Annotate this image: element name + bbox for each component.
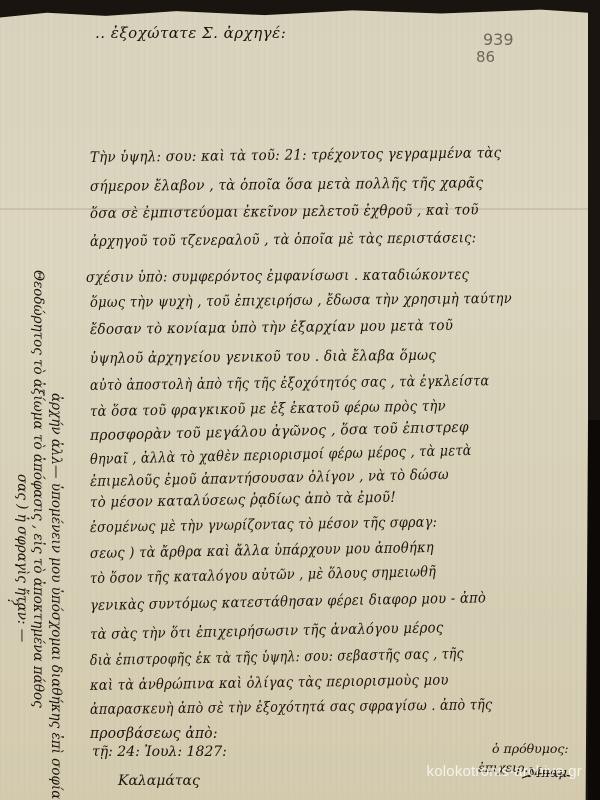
margin-note: Θεοδώρητος τὸ ἀξίωμα τὸ ἀπόφασις , εἰς τ… — [30, 270, 46, 708]
body-line: θηναῖ , ἀλλὰ τὸ χαθὲν περιορισμοί φέρω μ… — [90, 443, 472, 468]
body-line: προσβάσεως ἀπὸ: — [90, 726, 218, 742]
body-line: γενικὰς συντόμως κατεστάθησαν φέρει διαφ… — [90, 590, 486, 614]
closing-line: ὁ πρόθυμος: — [492, 741, 569, 756]
body-line: ἀπαρασκευὴ ἀπὸ σὲ τὴν ἐξοχότητά σας σφρα… — [90, 697, 493, 718]
body-line: ὅμως τὴν ψυχὴ , τοῦ ἐπιχειρήσω , ἔδωσα τ… — [90, 291, 512, 311]
margin-note: ἀρχήν ἀλλ— ὑπομένειν μου ὑπόσχομαι διαθή… — [48, 393, 64, 800]
body-line: ἀρχηγοῦ τοῦ τζενεραλοῦ , τὰ ὁποῖα μὲ τὰς… — [90, 230, 476, 250]
date-line: τῇ: 24: Ἰουλ: 1827: — [92, 744, 227, 760]
body-line: ὑψηλοῦ ἀρχηγείου γενικοῦ του . διὰ ἔλαβα… — [90, 348, 436, 367]
body-line: σεως ) τὰ ἄρθρα καὶ ἄλλα ὑπάρχουν μου ἀπ… — [90, 540, 434, 562]
body-line: ἔδοσαν τὸ κονίαμα ὑπὸ τὴν ἐξαρχίαν μου μ… — [90, 318, 453, 338]
salutation-header: .. ἐξοχώτατε Σ. ἀρχηγέ: — [95, 24, 286, 42]
scan-edge-shadow — [588, 420, 600, 800]
body-line: τὰ ὅσα τοῦ φραγκικοῦ με ἐξ ἑκατοῦ φέρω π… — [90, 399, 446, 420]
body-line: τὸ ὅσον τῆς καταλόγου αὐτῶν , μὲ ὅλους σ… — [90, 564, 436, 587]
margin-note: σας ) ἡ σφραγὶς ἤταν: — — [14, 474, 30, 642]
body-line: σήμερον ἔλαβον , τὰ ὁποῖα ὅσα μετὰ πολλῆ… — [90, 175, 483, 195]
place-line: Καλαμάτας — [118, 773, 200, 789]
body-line: αὐτὸ ἀποστολὴ ἀπὸ τῆς τῆς ἐξοχότητός σας… — [90, 373, 489, 394]
archive-watermark: kolokotronis-archive.gr — [427, 763, 583, 780]
body-line: καὶ τὰ ἀνθρώπινα καὶ ὀλίγας τὰς περιορισ… — [90, 672, 449, 694]
body-line: ἐσομένως μὲ τὴν γνωρίζοντας τὸ μέσον τῆς… — [90, 514, 437, 536]
body-line: διὰ ἐπιστροφῆς ἐκ τὰ τῆς ὑψηλ: σου: σεβα… — [90, 646, 464, 669]
body-line: ἐπιμελοῦς ἐμοῦ ἀπαντήσουσαν ὀλίγον , νὰ … — [90, 467, 449, 490]
archive-number-primary: 939 — [483, 30, 514, 49]
body-line: τὸ μέσον καταλύσεως ῥᾳδίως ἀπὸ τὰ ἐμοῦ! — [90, 490, 396, 511]
body-line: προσφορὰν τοῦ μεγάλου ἀγῶνος , ὅσα τοῦ ἐ… — [90, 420, 469, 444]
body-line: ὅσα σὲ ἐμπιστεύομαι ἐκεῖνον μελετοῦ ἐχθρ… — [90, 202, 479, 222]
document-page: .. ἐξοχώτατε Σ. ἀρχηγέ: 939 86 Τὴν ὑψηλ:… — [0, 8, 588, 800]
body-line: σχέσιν ὑπὸ: συμφερόντος ἐμφανίσωσι . κατ… — [86, 267, 469, 286]
body-line: τὰ σὰς τὴν ὅτι ἐπιχειρήσωσιν τῆς ἀναλόγο… — [90, 620, 444, 643]
body-line: Τὴν ὑψηλ: σου: καὶ τὰ τοῦ: 21: τρέχοντος… — [90, 145, 502, 166]
margin-note: ? — [4, 598, 20, 605]
archive-number-secondary: 86 — [476, 48, 495, 66]
